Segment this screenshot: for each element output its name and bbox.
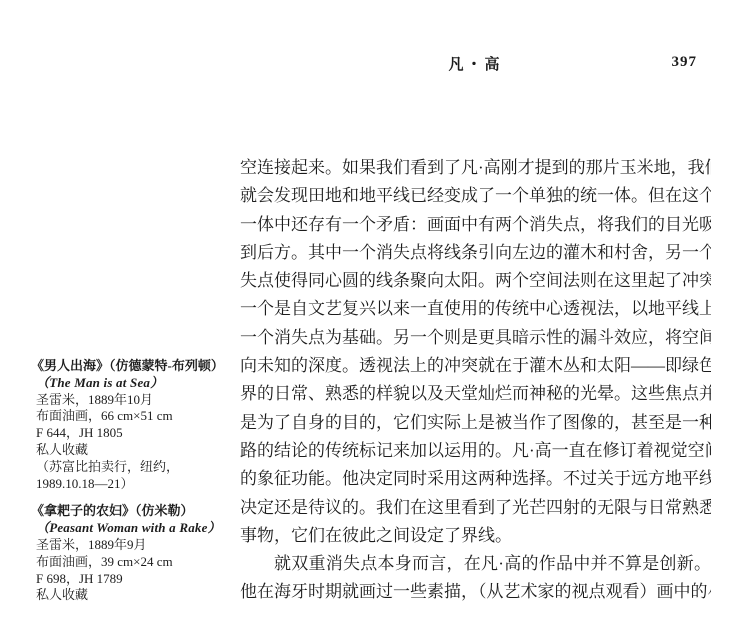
- body-text-line: 界的日常、熟悉的样貌以及天堂灿烂而神秘的光晕。这些焦点并不: [240, 380, 711, 408]
- body-text-line: 他在海牙时期就画过一些素描，（从艺术家的视点观看）画中的小: [240, 578, 711, 606]
- caption-title: 《拿耙子的农妇》（仿米勒）: [31, 503, 236, 520]
- body-text-line: 空连接起来。如果我们看到了凡·高刚才提到的那片玉米地，我们: [240, 154, 711, 182]
- running-head-title: 凡・高: [240, 53, 711, 74]
- body-text-column: 空连接起来。如果我们看到了凡·高刚才提到的那片玉米地，我们 就会发现田地和地平线…: [240, 154, 711, 607]
- caption-detail-line: 圣雷米，1889年9月: [36, 537, 236, 554]
- body-text-line: 向未知的深度。透视法上的冲突就在于灌木丛和太阳——即绿色世: [240, 352, 711, 380]
- book-page: { "header": { "title": "凡・高", "page_numb…: [0, 0, 750, 620]
- page-number: 397: [672, 54, 698, 71]
- artwork-caption-man-at-sea: 《男人出海》（仿德蒙特-布列顿） （The Man is at Sea） 圣雷米…: [36, 358, 236, 492]
- body-text-line: 失点使得同心圆的线条聚向太阳。两个空间法则在这里起了冲突。: [240, 267, 711, 295]
- body-text-line: 就双重消失点本身而言，在凡·高的作品中并不算是创新。: [240, 550, 711, 578]
- body-text-line: 是为了自身的目的，它们实际上是被当作了图像的，甚至是一种思: [240, 409, 711, 437]
- caption-title-english: （The Man is at Sea）: [36, 375, 236, 392]
- body-text-line: 就会发现田地和地平线已经变成了一个单独的统一体。但在这个统: [240, 182, 711, 210]
- caption-detail-line: 布面油画，66 cm×51 cm: [36, 408, 236, 425]
- caption-detail-line: 圣雷米，1889年10月: [36, 392, 236, 409]
- caption-detail-line: F 698，JH 1789: [36, 571, 236, 588]
- caption-detail-line: 布面油画，39 cm×24 cm: [36, 554, 236, 571]
- caption-detail-line: 私人收藏: [36, 442, 236, 459]
- caption-detail-line: 私人收藏: [36, 587, 236, 604]
- body-text-line: 一体中还存有一个矛盾：画面中有两个消失点，将我们的目光吸引: [240, 211, 711, 239]
- caption-detail-line: 1989.10.18—21）: [36, 476, 236, 493]
- caption-title-english: （Peasant Woman with a Rake）: [36, 520, 236, 537]
- caption-title: 《男人出海》（仿德蒙特-布列顿）: [31, 358, 236, 375]
- caption-detail-line: （苏富比拍卖行，纽约，: [36, 459, 236, 476]
- body-text-line: 事物，它们在彼此之间设定了界线。: [240, 522, 711, 550]
- artwork-caption-peasant-woman: 《拿耙子的农妇》（仿米勒） （Peasant Woman with a Rake…: [36, 503, 236, 604]
- body-text-line: 路的结论的传统标记来加以运用的。凡·高一直在修订着视觉空间: [240, 437, 711, 465]
- body-text-line: 一个是自文艺复兴以来一直使用的传统中心透视法，以地平线上的: [240, 295, 711, 323]
- caption-detail-line: F 644，JH 1805: [36, 425, 236, 442]
- body-text-line: 决定还是待议的。我们在这里看到了光芒四射的无限与日常熟悉的: [240, 494, 711, 522]
- body-text-line: 的象征功能。他决定同时采用这两种选择。不过关于远方地平线的: [240, 465, 711, 493]
- body-text-line: 到后方。其中一个消失点将线条引向左边的灌木和村舍，另一个消: [240, 239, 711, 267]
- body-text-line: 一个消失点为基础。另一个则是更具暗示性的漏斗效应，将空间引: [240, 324, 711, 352]
- margin-captions: 《男人出海》（仿德蒙特-布列顿） （The Man is at Sea） 圣雷米…: [36, 358, 236, 615]
